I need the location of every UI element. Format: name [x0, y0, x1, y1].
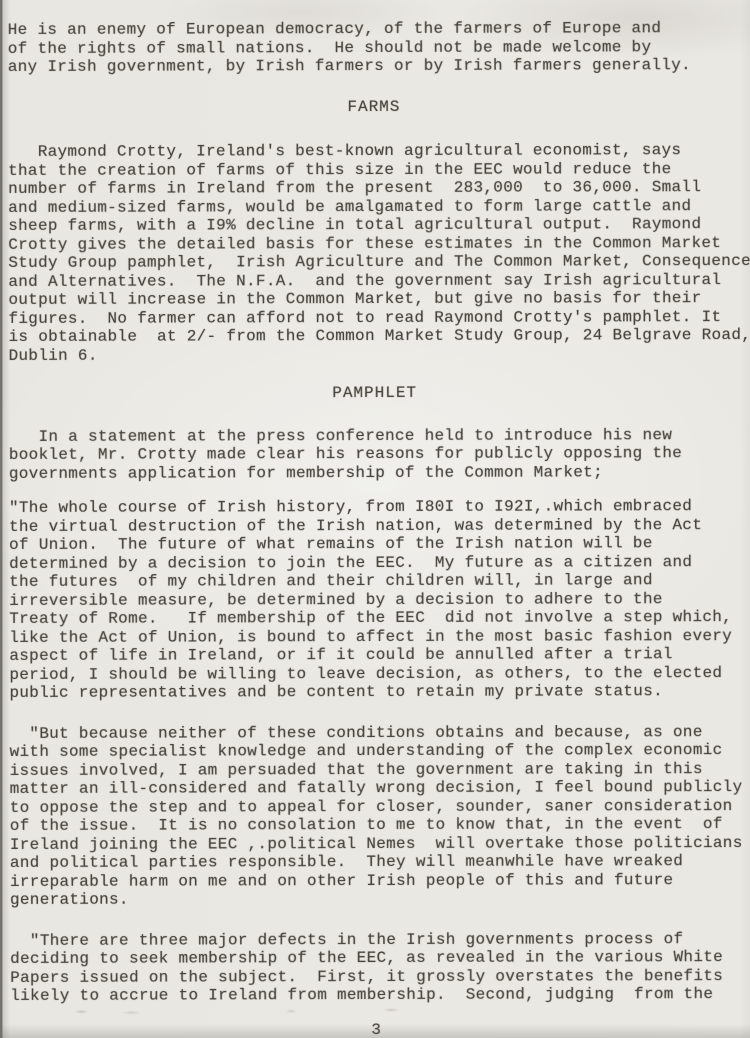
page-number: 3 [1, 1020, 750, 1038]
pamphlet-intro-paragraph: In a statement at the press conference h… [0, 426, 750, 483]
quote-paragraph-conditions: "But because neither of these conditions… [1, 723, 750, 910]
quote-paragraph-three-defects: "There are three major defects in the Ir… [1, 930, 750, 1006]
farms-section-heading: FARMS [0, 97, 749, 117]
quote-paragraph-irish-history: "The whole course of Irish history, from… [0, 497, 750, 702]
pamphlet-section-heading: PAMPHLET [0, 383, 750, 403]
page-text-layer: He is an enemy of European democracy, of… [0, 0, 750, 1038]
scanned-typewritten-page: He is an enemy of European democracy, of… [0, 0, 750, 1038]
farms-paragraph: Raymond Crotty, Ireland's best-known agr… [0, 141, 750, 365]
intro-paragraph: He is an enemy of European democracy, of… [0, 19, 749, 76]
faded-ghost-text-smudge [61, 1006, 481, 1015]
